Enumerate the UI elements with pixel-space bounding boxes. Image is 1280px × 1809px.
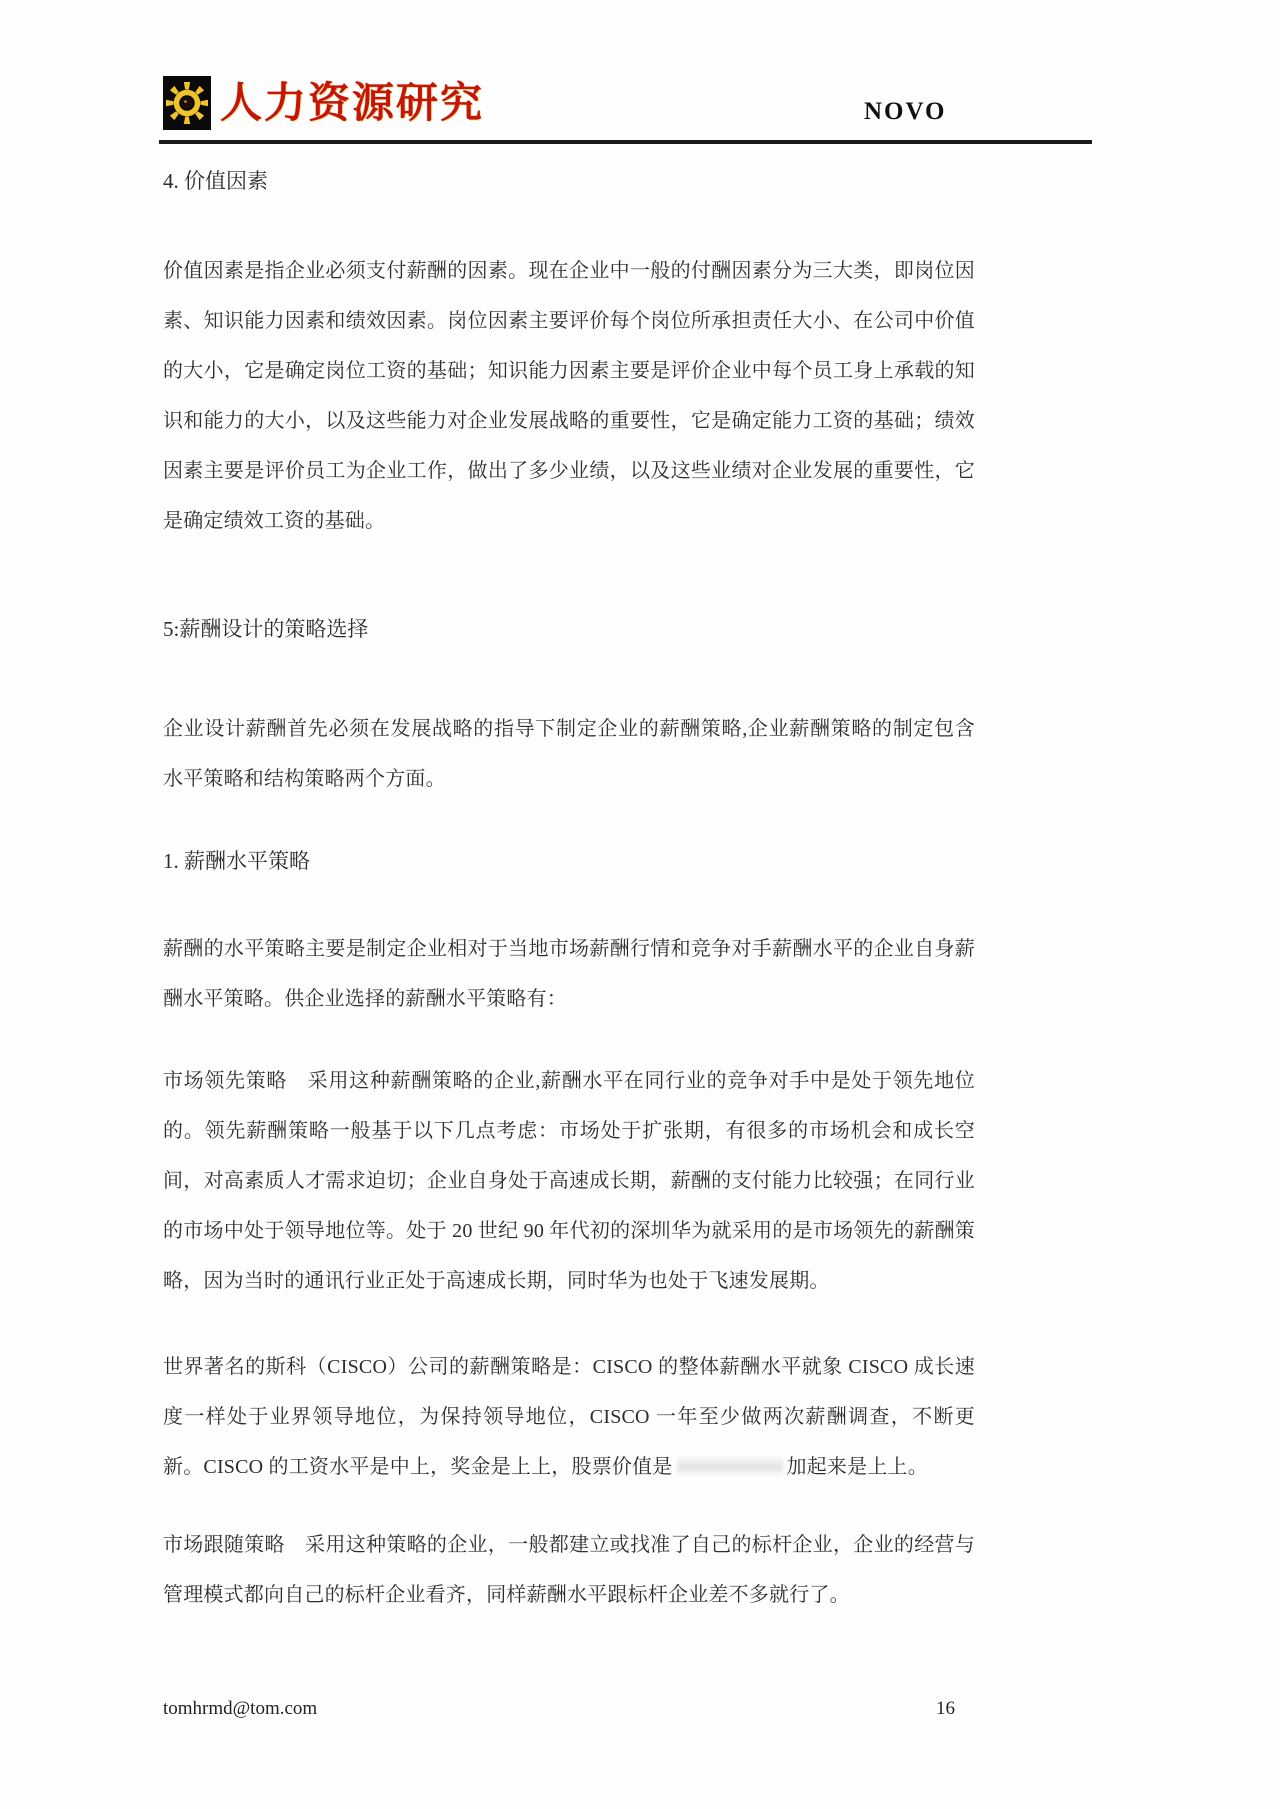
gear-icon [163, 76, 211, 130]
masthead: 人力资源研究 [163, 76, 484, 130]
paragraph-value-factors: 价值因素是指企业必须支付薪酬的因素。现在企业中一般的付酬因素分为三大类，即岗位因… [163, 246, 975, 546]
document-body: 4. 价值因素 价值因素是指企业必须支付薪酬的因素。现在企业中一般的付酬因素分为… [163, 150, 975, 1620]
page-number: 16 [936, 1698, 955, 1720]
paragraph-market-follower: 市场跟随策略 采用这种策略的企业，一般都建立或找准了自己的标杆企业，企业的经营与… [163, 1520, 975, 1620]
paragraph-level-intro: 薪酬的水平策略主要是制定企业相对于当地市场薪酬行情和竞争对手薪酬水平的企业自身薪… [163, 924, 975, 1024]
paragraph-cisco-after: 加起来是上上。 [787, 1456, 928, 1478]
heading-value-factors: 4. 价值因素 [163, 166, 975, 196]
heading-strategy-choice: 5:薪酬设计的策略选择 [163, 614, 975, 644]
page-footer: tomhrmd@tom.com 16 [163, 1698, 955, 1720]
masthead-title: 人力资源研究 [220, 76, 484, 130]
header-divider [159, 140, 1092, 144]
document-page: 人力资源研究 NOVO 4. 价值因素 价值因素是指企业必须支付薪酬的因素。现在… [0, 0, 1280, 1809]
paragraph-strategy-intro: 企业设计薪酬首先必须在发展战略的指导下制定企业的薪酬策略,企业薪酬策略的制定包含… [163, 704, 975, 804]
heading-level-strategy: 1. 薪酬水平策略 [163, 846, 975, 876]
paragraph-cisco: 世界著名的斯科（CISCO）公司的薪酬策略是：CISCO 的整体薪酬水平就象 C… [163, 1342, 975, 1492]
footer-email: tomhrmd@tom.com [163, 1698, 317, 1720]
redacted-blur-patch [677, 1455, 783, 1477]
brand-novo: NOVO [864, 98, 947, 126]
paragraph-market-leader: 市场领先策略 采用这种薪酬策略的企业,薪酬水平在同行业的竞争对手中是处于领先地位… [163, 1056, 975, 1306]
